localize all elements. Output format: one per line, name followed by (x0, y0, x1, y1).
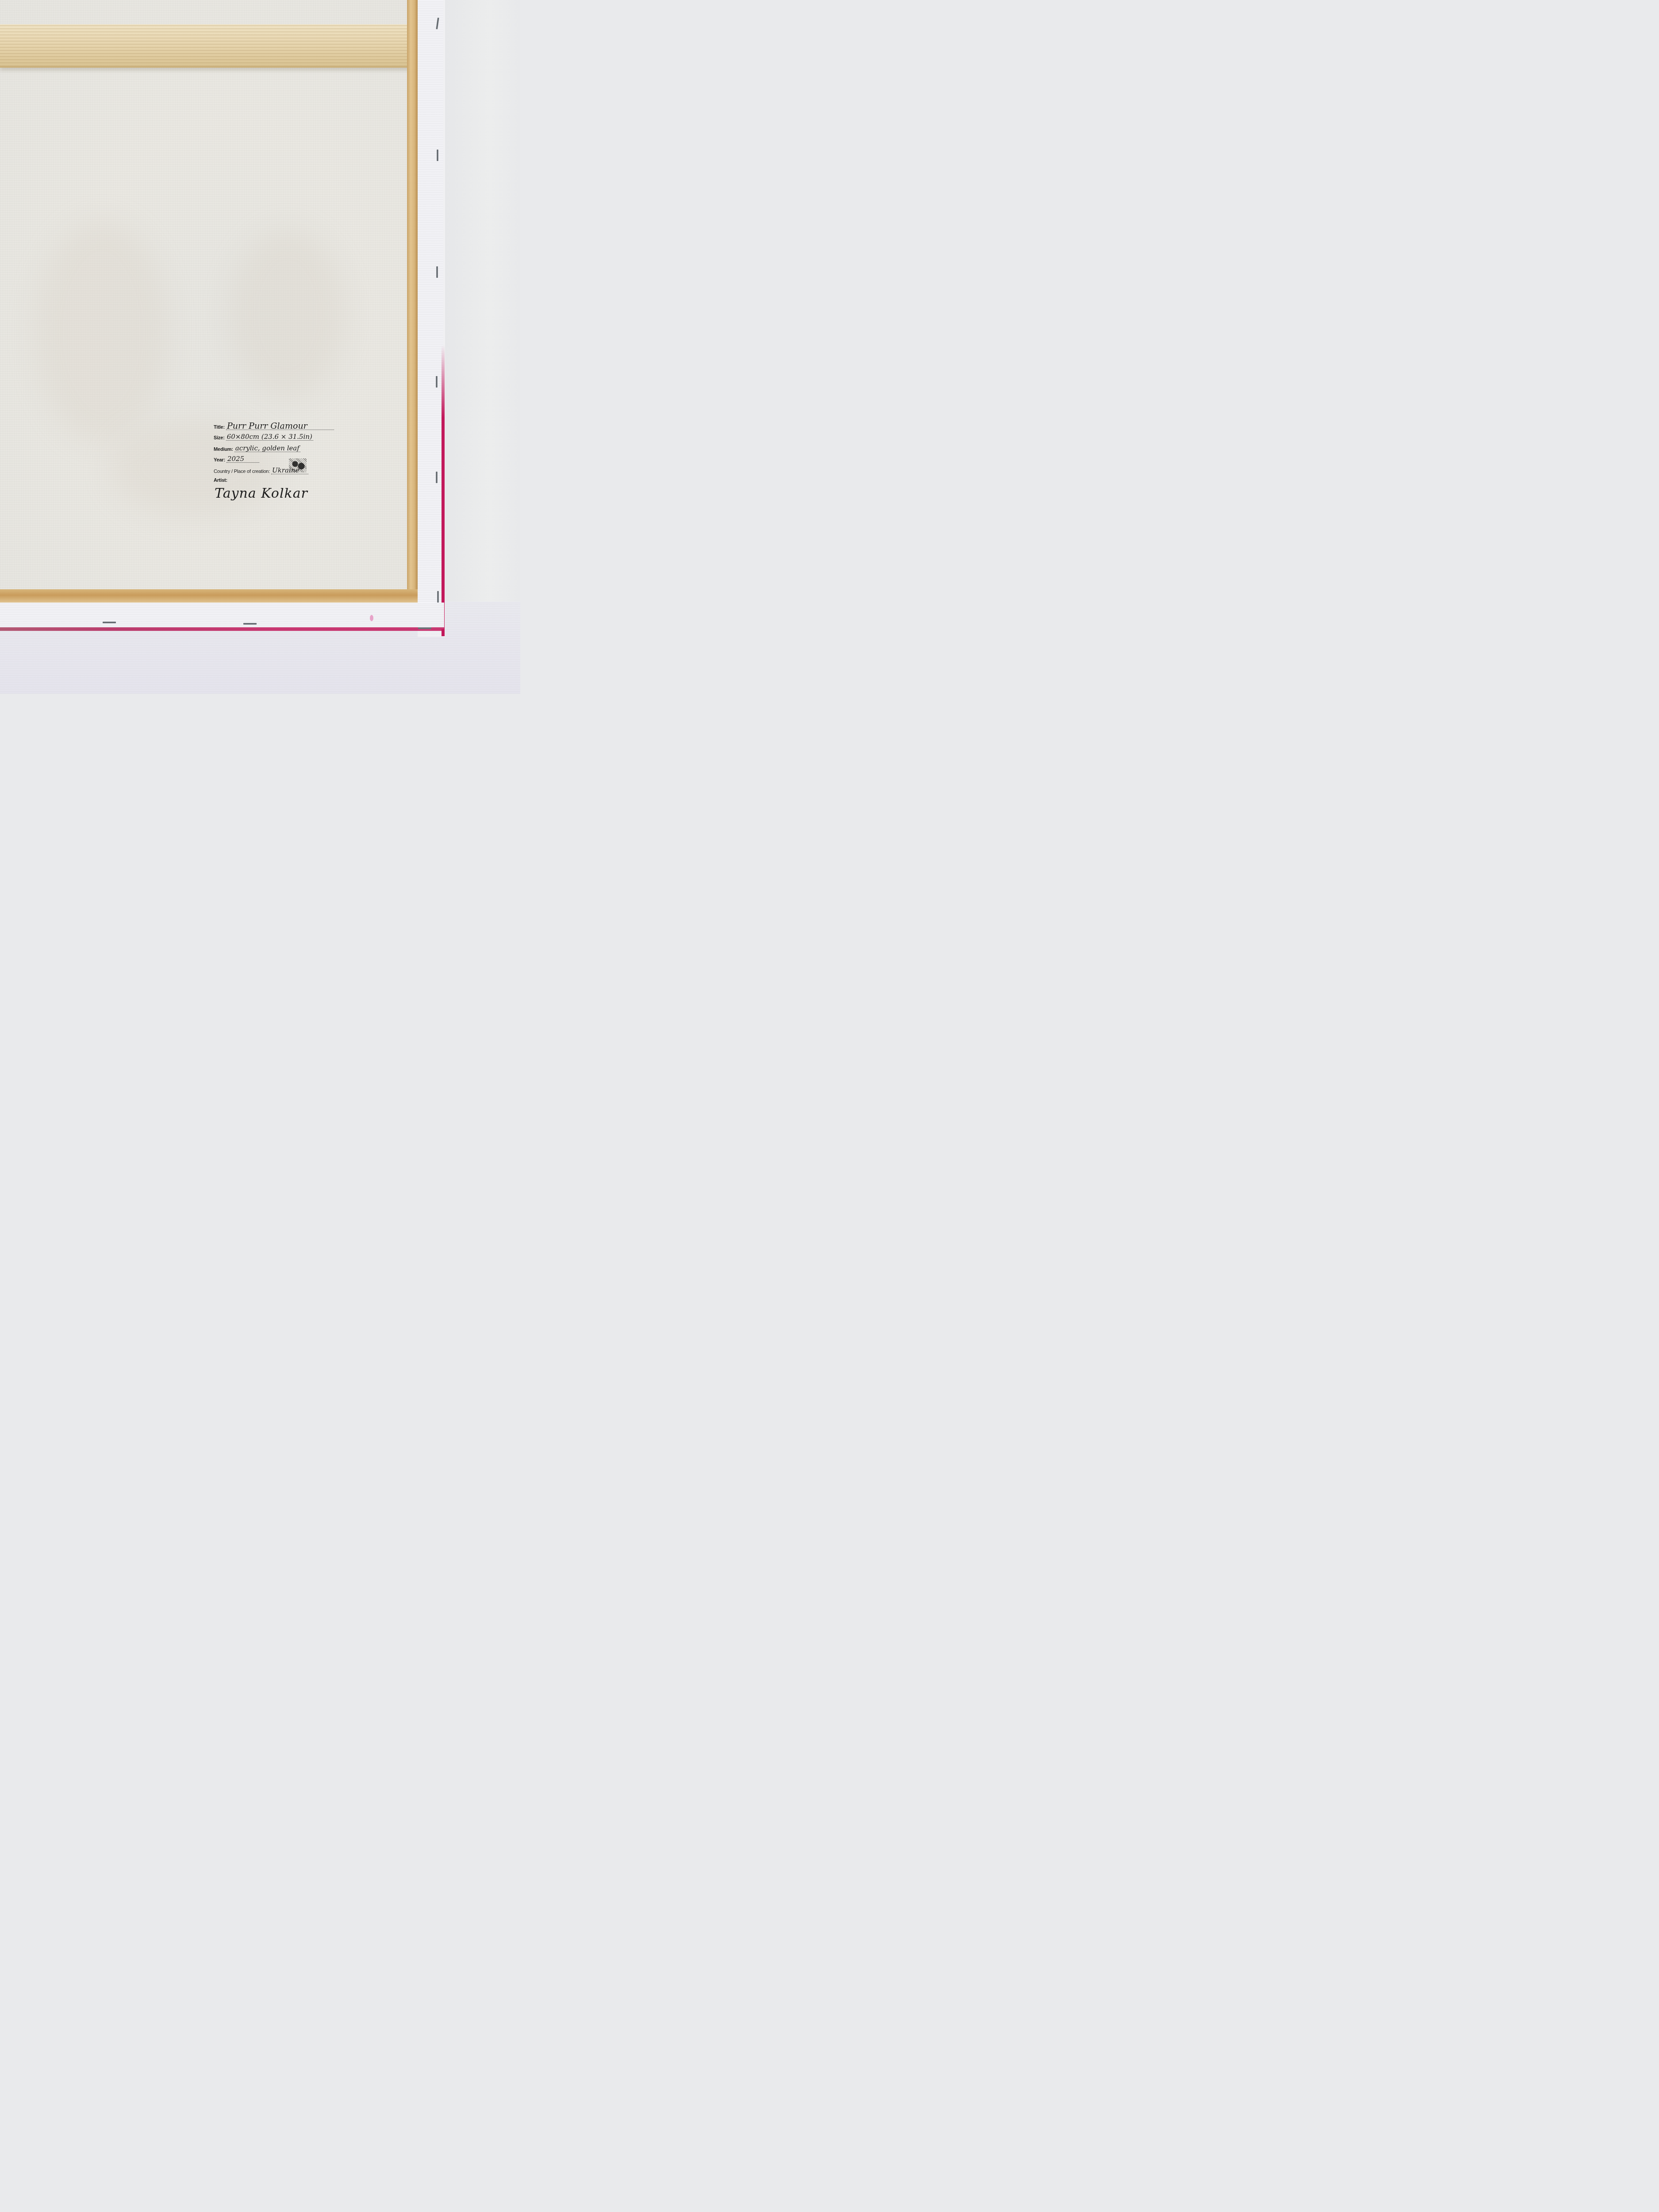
canvas-fold-bottom (0, 603, 444, 629)
label-medium-key: Medium: (214, 447, 233, 452)
label-medium-value: acrylic, golden leaf (234, 445, 300, 452)
label-title-row: Title: Purr Purr Glamour (214, 423, 334, 430)
canvas-stain (35, 221, 168, 442)
label-year-value: 2025 (227, 456, 259, 463)
artist-label: Title: Purr Purr Glamour Size: 60×80cm (… (214, 419, 355, 508)
label-size-row: Size: 60×80cm (23.6 × 31.5in) (214, 434, 313, 441)
paint-edge-bottom (0, 627, 445, 631)
ink-scribble (289, 458, 307, 472)
label-size-value: 60×80cm (23.6 × 31.5in) (226, 434, 313, 441)
label-title-key: Title: (214, 425, 225, 430)
label-country-key: Country / Place of creation: (214, 469, 270, 474)
staple-icon (436, 472, 438, 483)
label-artist-row: Artist: (214, 478, 229, 483)
stretcher-bar-right (407, 0, 418, 603)
stretcher-crossbar (0, 24, 414, 68)
label-artist-key: Artist: (214, 478, 227, 483)
staple-icon (437, 150, 438, 161)
paint-speck (370, 615, 373, 621)
staple-icon (243, 623, 257, 625)
label-title-value: Purr Purr Glamour (226, 423, 334, 430)
label-size-key: Size: (214, 435, 225, 441)
staple-icon (103, 622, 116, 623)
artist-signature: Tayna Kolkar (215, 486, 308, 501)
label-medium-row: Medium: acrylic, golden leaf (214, 445, 300, 452)
canvas-stain (230, 230, 345, 398)
staple-icon (437, 591, 439, 603)
stretcher-bar-bottom (0, 589, 418, 603)
paint-edge-right (442, 345, 445, 636)
staple-icon (436, 376, 438, 388)
label-year-key: Year: (214, 457, 225, 463)
staple-icon (418, 627, 431, 629)
label-year-row: Year: 2025 (214, 456, 259, 463)
canvas-fold-right (418, 0, 445, 637)
staple-icon (436, 266, 438, 278)
wall-background (445, 0, 520, 602)
